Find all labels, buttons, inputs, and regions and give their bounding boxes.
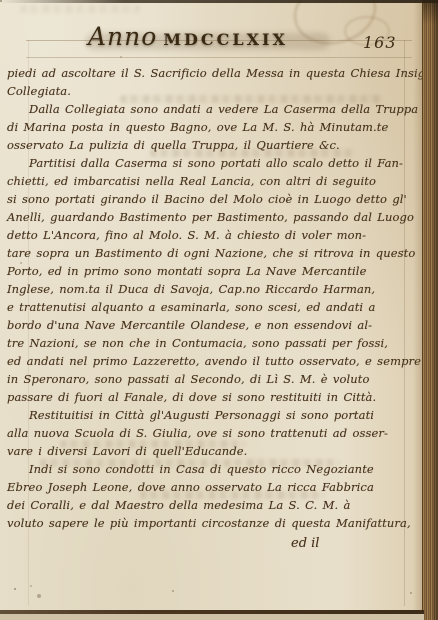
book-fore-edge — [422, 0, 438, 620]
header-rule-bottom — [26, 57, 412, 58]
page-bottom-strip — [0, 614, 424, 620]
manuscript-line: Indi si sono condotti in Casa di questo … — [7, 460, 411, 478]
manuscript-line: di Marina posta in questo Bagno, ove La … — [7, 118, 411, 136]
manuscript-line: Collegiata. — [7, 82, 411, 100]
manuscript-line: Restituitisi in Città gl'Augusti Persona… — [7, 406, 411, 424]
book-bottom-edge — [0, 610, 424, 614]
manuscript-line: tare sopra un Bastimento di ogni Nazione… — [7, 244, 411, 262]
manuscript-line: Porto, ed in primo sono montati sopra La… — [7, 262, 411, 280]
manuscript-line: ed andati nel primo Lazzeretto, avendo i… — [7, 352, 411, 370]
manuscript-line: tre Nazioni, se non che in Contumacia, s… — [7, 334, 411, 352]
manuscript-line: bordo d'una Nave Mercantile Olandese, e … — [7, 316, 411, 334]
manuscript-line: detto L'Ancora, fino al Molo. S. M. à ch… — [7, 226, 411, 244]
anno-label: Anno — [88, 22, 157, 51]
manuscript-line: osservato La pulizia di quella Truppa, i… — [7, 136, 411, 154]
manuscript-line: Partitisi dalla Caserma si sono portati … — [7, 154, 411, 172]
manuscript-line: Dalla Collegiata sono andati a vedere La… — [7, 100, 411, 118]
manuscript-line: si sono portati girando il Bacino del Mo… — [7, 190, 411, 208]
manuscript-line: Inglese, nom.ta il Duca di Savoja, Cap.n… — [7, 280, 411, 298]
manuscript-line: alla nuova Scuola di S. Giulia, ove si s… — [7, 424, 411, 442]
manuscript-line: passare di fuori al Fanale, di dove si s… — [7, 388, 411, 406]
manuscript-line: vare i diversi Lavori di quell'Educande. — [7, 442, 411, 460]
manuscript-line: in Speronaro, sono passati al Secondo, d… — [7, 370, 411, 388]
year-roman-numeral: MDCCLXIX — [163, 30, 288, 49]
photo-top-edge — [0, 0, 438, 3]
ink-bleedthrough-band — [20, 5, 140, 13]
manuscript-line: chietti, ed imbarcatisi nella Real Lanci… — [7, 172, 411, 190]
manuscript-text: piedi ad ascoltare il S. Sacrificio dell… — [7, 64, 411, 532]
page-header: AnnoMDCCLXIX — [88, 22, 288, 51]
manuscript-line: e trattenutisi alquanto a esaminarla, so… — [7, 298, 411, 316]
manuscript-line: piedi ad ascoltare il S. Sacrificio dell… — [7, 64, 411, 82]
manuscript-photo: AnnoMDCCLXIX 163 piedi ad ascoltare il S… — [0, 0, 438, 620]
page-number: 163 — [363, 33, 397, 52]
manuscript-line: Anelli, guardando Bastimento per Bastime… — [7, 208, 411, 226]
manuscript-line: Ebreo Joseph Leone, dove anno osservato … — [7, 478, 411, 496]
catchword: ed il — [291, 536, 319, 551]
manuscript-line: voluto sapere le più importanti circosta… — [7, 514, 411, 532]
manuscript-line: dei Coralli, e dal Maestro della medesim… — [7, 496, 411, 514]
